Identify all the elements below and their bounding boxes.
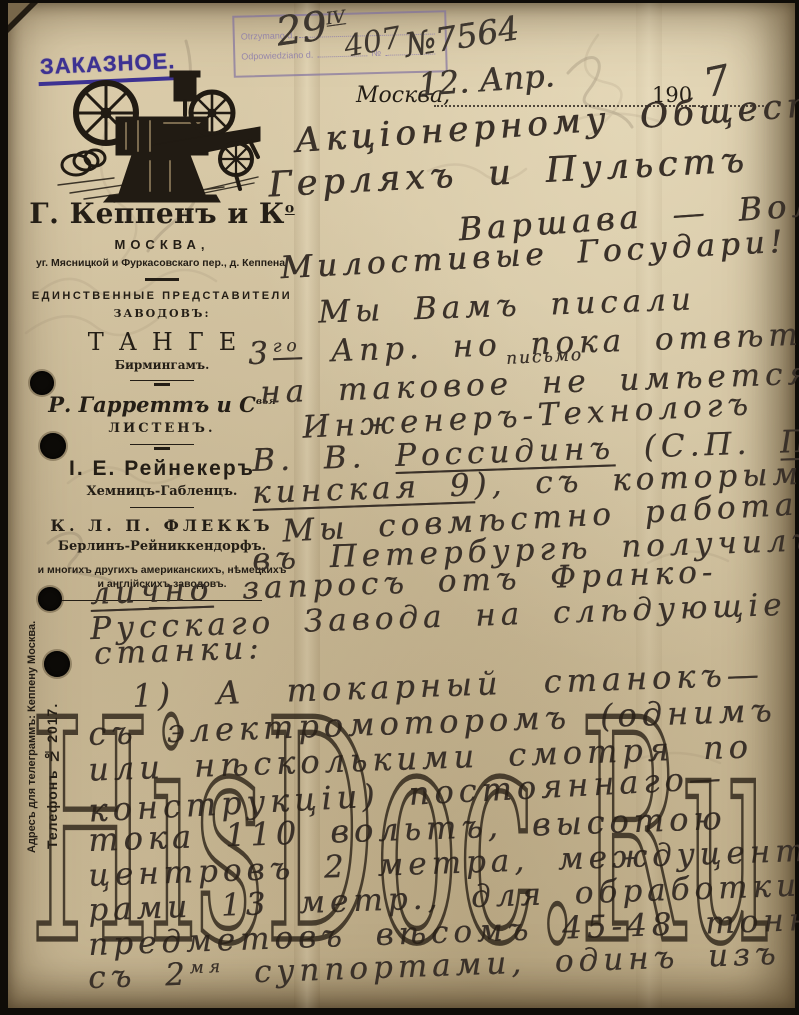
letter-line-8: на таковое не имѣется. bbox=[260, 355, 799, 411]
letterhead-note: и многихъ другихъ американскихъ, нѣмецки… bbox=[18, 563, 306, 591]
hisdoc-watermark: HisDoc.Ru bbox=[30, 657, 772, 1012]
letter-line-9: Инженеръ-Технологъ bbox=[301, 386, 753, 446]
letter-paper: ЗАКАЗНОЕ. Otrzymano d. Odpowiedziano d. … bbox=[8, 3, 795, 1008]
factory-garrett-city: ЛИСТЕНЪ. bbox=[18, 421, 306, 436]
company-address: уг. Мясницкой и Фуркасовскаго пер., д. К… bbox=[18, 257, 306, 269]
divider-dash bbox=[154, 447, 170, 450]
divider bbox=[130, 444, 194, 445]
dateline-year-printed: 190 bbox=[652, 83, 692, 107]
representatives-line1: ЕДИНСТВЕННЫЕ ПРЕДСТАВИТЕЛИ bbox=[18, 290, 306, 302]
dateline: Москва, 12. Апр. 190 7 bbox=[356, 77, 776, 113]
handwritten-received-day: 29IV bbox=[273, 0, 349, 55]
letter-line-4: Милостивые Государи! bbox=[279, 224, 787, 286]
divider bbox=[130, 380, 194, 381]
letter-line-12: Мы совмѣстно работаемъ bbox=[281, 482, 799, 549]
divider bbox=[130, 507, 194, 508]
factory-garrett-name: Р. Гарреттъ и Свья bbox=[18, 392, 306, 417]
divider-long bbox=[62, 600, 262, 601]
divider-ornament: ——— bbox=[18, 602, 306, 613]
factory-fleck-city: Берлинъ-Рейниккендорфъ. bbox=[18, 539, 306, 554]
factory-reinecker-name: І. Е. Рейнекеръ bbox=[18, 457, 306, 481]
factory-tange-city: Бирмингамъ. bbox=[18, 358, 306, 372]
letter-line-7: письмо bbox=[506, 345, 584, 369]
document-scan: ЗАКАЗНОЕ. Otrzymano d. Odpowiedziano d. … bbox=[0, 0, 799, 1015]
factory-tange-name: ТАНГЕ bbox=[18, 328, 306, 356]
factory-fleck-name: К. Л. П. ФЛЕККЪ bbox=[18, 516, 306, 535]
letter-line-11: кинская 9), съ которымъ bbox=[252, 455, 799, 511]
company-name: Г. Кеппенъ и Ко bbox=[18, 197, 306, 230]
company-sup: о bbox=[285, 201, 295, 217]
corner-fold-highlight bbox=[8, 3, 30, 25]
letter-line-3: Варшава — Воля bbox=[457, 184, 799, 249]
divider bbox=[145, 278, 179, 281]
letter-line-10: В. В. Россидинъ (С.П. Пуш- bbox=[252, 421, 799, 479]
letter-line-5: Мы Вамъ писали bbox=[317, 281, 696, 330]
letterhead: Г. Кеппенъ и Ко МОСКВА, уг. Мясницкой и … bbox=[18, 197, 306, 613]
letter-line-13: въ Петербургѣ получилъ bbox=[252, 522, 799, 578]
letter-line-2: Герляхъ и Пульстъ bbox=[267, 140, 749, 205]
lathe-engraving-icon bbox=[54, 61, 262, 203]
factory-reinecker-city: Хемницъ-Габленцъ. bbox=[18, 484, 306, 499]
divider-dash bbox=[154, 383, 170, 386]
representatives-line2: ЗАВОДОВЪ: bbox=[18, 307, 306, 320]
company-city: МОСКВА, bbox=[18, 237, 306, 252]
letter-line-6: 3го Апр. но пока отвѣта bbox=[248, 316, 799, 372]
